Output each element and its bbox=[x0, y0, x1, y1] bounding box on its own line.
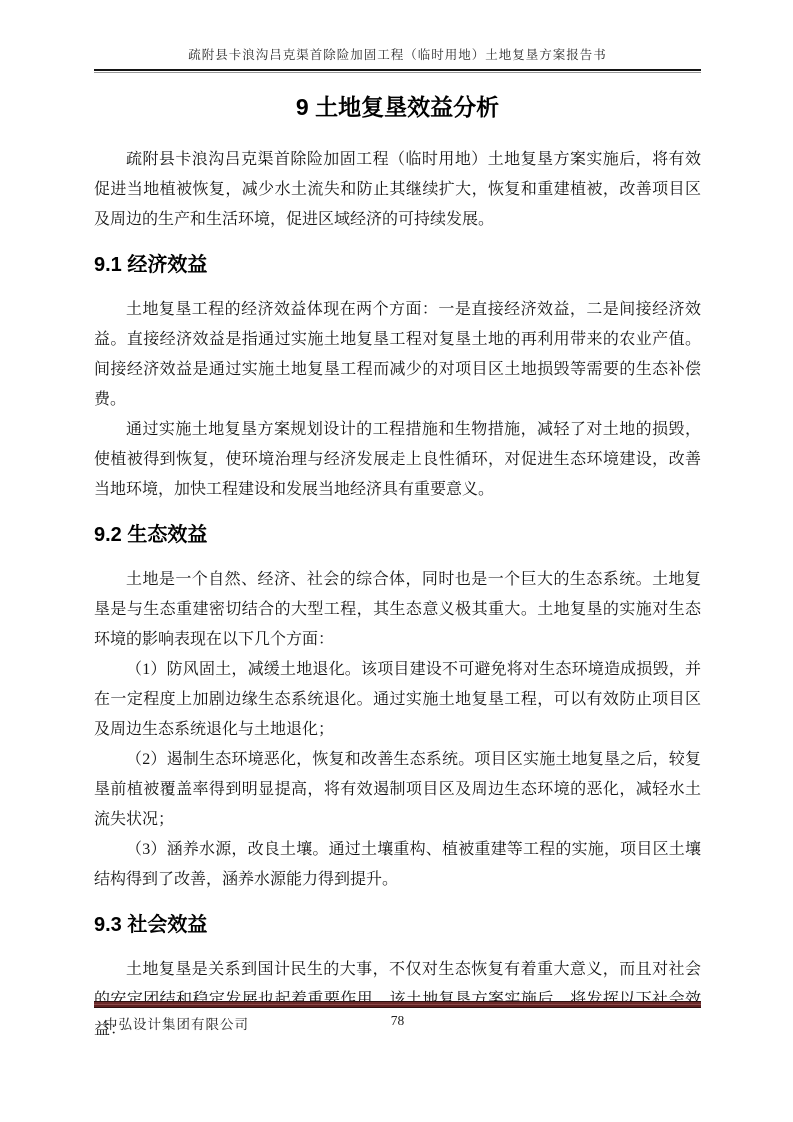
page-header: 疏附县卡浪沟吕克渠首除险加固工程（临时用地）土地复垦方案报告书 bbox=[94, 0, 701, 73]
section-9-2-paragraph: 土地是一个自然、经济、社会的综合体，同时也是一个巨大的生态系统。土地复垦是与生态… bbox=[94, 565, 701, 655]
header-rule bbox=[94, 69, 701, 71]
section-9-2-list-item-1: （1）防风固土，减缓土地退化。该项目建设不可避免将对生态环境造成损毁，并在一定程… bbox=[94, 655, 701, 745]
section-9-2-list-item-2: （2）遏制生态环境恶化，恢复和改善生态系统。项目区实施土地复垦之后，较复垦前植被… bbox=[94, 745, 701, 835]
intro-paragraph: 疏附县卡浪沟吕克渠首除险加固工程（临时用地）土地复垦方案实施后，将有效促进当地植… bbox=[94, 145, 701, 235]
page-number: 78 bbox=[94, 1013, 701, 1029]
document-body: 疏附县卡浪沟吕克渠首除险加固工程（临时用地）土地复垦方案实施后，将有效促进当地植… bbox=[94, 145, 701, 1045]
section-heading-9-3: 9.3 社会效益 bbox=[94, 911, 701, 939]
section-heading-9-1: 9.1 经济效益 bbox=[94, 251, 701, 279]
section-9-2-list-item-3: （3）涵养水源，改良土壤。通过土壤重构、植被重建等工程的实施，项目区土壤结构得到… bbox=[94, 835, 701, 895]
header-rule-shadow bbox=[94, 72, 701, 73]
section-9-1-paragraph: 土地复垦工程的经济效益体现在两个方面：一是直接经济效益，二是间接经济效益。直接经… bbox=[94, 295, 701, 415]
document-page: 疏附县卡浪沟吕克渠首除险加固工程（临时用地）土地复垦方案报告书 9 土地复垦效益… bbox=[0, 0, 793, 1122]
header-title: 疏附县卡浪沟吕克渠首除险加固工程（临时用地）土地复垦方案报告书 bbox=[94, 45, 701, 63]
page-footer: 中弘设计集团有限公司 78 bbox=[94, 1001, 701, 1033]
section-9-1-paragraph: 通过实施土地复垦方案规划设计的工程措施和生物措施，减轻了对土地的损毁，使植被得到… bbox=[94, 415, 701, 505]
footer-rule bbox=[94, 1001, 701, 1008]
section-heading-9-2: 9.2 生态效益 bbox=[94, 521, 701, 549]
chapter-title: 9 土地复垦效益分析 bbox=[94, 91, 701, 123]
footer-row: 中弘设计集团有限公司 78 bbox=[94, 1013, 701, 1033]
